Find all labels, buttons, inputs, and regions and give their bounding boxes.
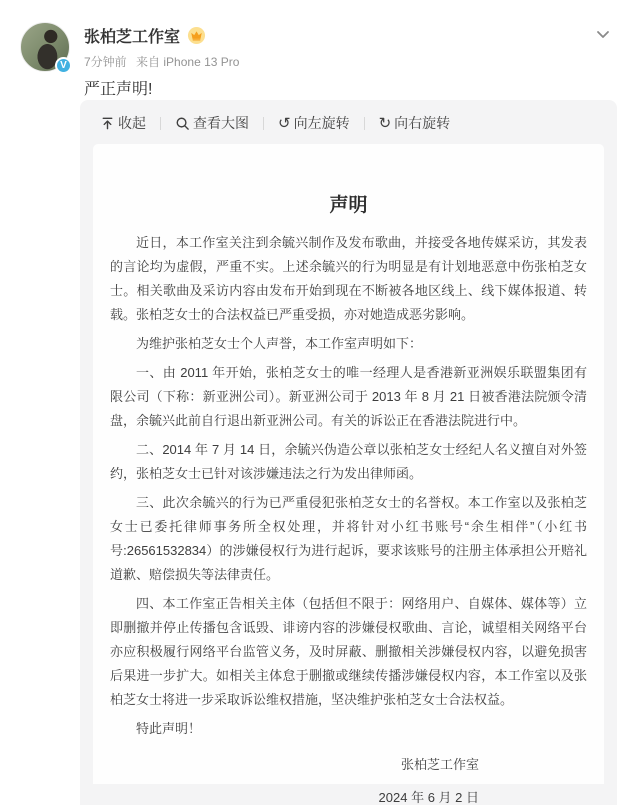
statement-date: 2024 年 6 月 2 日 — [110, 786, 479, 805]
image-panel: 收起 查看大图 ↺ 向左旋转 ↻ 向右旋转 声明 近日，本工作室关注到余毓兴制作… — [80, 100, 617, 805]
rotate-left-button[interactable]: ↺ 向左旋转 — [278, 113, 350, 133]
avatar[interactable]: V — [20, 22, 70, 72]
vip-crown-icon — [187, 26, 206, 45]
statement-paragraph: 二、2014 年 7 月 14 日，余毓兴伪造公章以张柏芝女士经纪人名义擅自对外… — [110, 438, 587, 486]
statement-title: 声明 — [110, 190, 587, 217]
view-large-button[interactable]: 查看大图 — [175, 113, 249, 133]
toolbar-divider — [160, 117, 161, 130]
statement-image[interactable]: 声明 近日，本工作室关注到余毓兴制作及发布歌曲，并接受各地传媒采访，其发表的言论… — [93, 144, 604, 784]
verified-badge-icon: V — [55, 57, 72, 74]
rotate-right-icon: ↻ — [379, 116, 392, 131]
statement-paragraph: 三、此次余毓兴的行为已严重侵犯张柏芝女士的名誉权。本工作室以及张柏芝女士已委托律… — [110, 491, 587, 587]
post-source-device[interactable]: iPhone 13 Pro — [163, 55, 239, 69]
statement-closing: 特此声明！ — [110, 717, 587, 741]
toolbar-divider — [364, 117, 365, 130]
magnifier-icon — [175, 116, 190, 131]
post-content-text: 严正声明! — [84, 78, 609, 102]
view-large-label: 查看大图 — [193, 113, 249, 133]
rotate-right-label: 向右旋转 — [394, 113, 450, 133]
statement-signature: 张柏芝工作室 — [110, 753, 479, 777]
post-meta: 7分钟前 来自 iPhone 13 Pro — [84, 53, 593, 70]
statement-body: 近日，本工作室关注到余毓兴制作及发布歌曲，并接受各地传媒采访，其发表的言论均为虚… — [110, 231, 587, 712]
image-toolbar: 收起 查看大图 ↺ 向左旋转 ↻ 向右旋转 — [80, 100, 617, 144]
rotate-left-label: 向左旋转 — [294, 113, 350, 133]
statement-paragraph: 一、由 2011 年开始，张柏芝女士的唯一经理人是香港新亚洲娱乐联盟集团有限公司… — [110, 361, 587, 433]
rotate-right-button[interactable]: ↻ 向右旋转 — [379, 113, 451, 133]
statement-paragraph: 为维护张柏芝女士个人声誉，本工作室声明如下： — [110, 332, 587, 356]
statement-paragraph: 四、本工作室正告相关主体（包括但不限于：网络用户、自媒体、媒体等）立即删撤并停止… — [110, 592, 587, 712]
author-name[interactable]: 张柏芝工作室 — [84, 24, 180, 47]
toolbar-divider — [263, 117, 264, 130]
post-timestamp[interactable]: 7分钟前 — [84, 55, 127, 69]
post-header: V 张柏芝工作室 7分钟前 来自 iPhone 13 Pro — [20, 22, 613, 72]
collapse-arrow-icon — [100, 116, 115, 131]
collapse-button[interactable]: 收起 — [100, 113, 146, 133]
rotate-left-icon: ↺ — [278, 116, 291, 131]
statement-paragraph: 近日，本工作室关注到余毓兴制作及发布歌曲，并接受各地传媒采访，其发表的言论均为虚… — [110, 231, 587, 327]
post-source-prefix: 来自 — [136, 55, 160, 69]
chevron-down-icon[interactable] — [593, 24, 613, 44]
collapse-label: 收起 — [118, 113, 146, 133]
